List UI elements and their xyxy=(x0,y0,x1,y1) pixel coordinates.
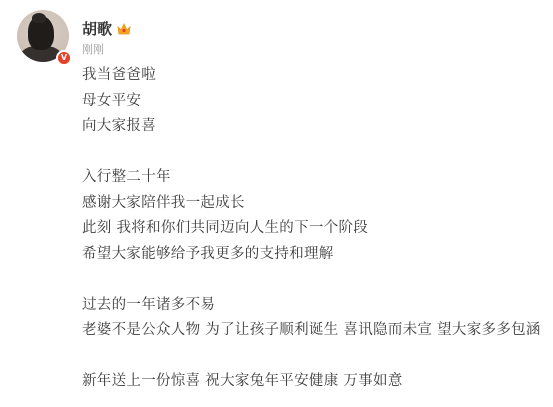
post-line: 希望大家能够给予我更多的支持和理解 xyxy=(82,245,552,271)
author-name[interactable]: 胡歌 xyxy=(82,20,112,38)
verified-badge-icon: V xyxy=(56,50,72,66)
post-timestamp[interactable]: 刚刚 xyxy=(82,43,104,57)
post-line: 老婆不是公众人物 为了让孩子顺利诞生 喜讯隐而未宣 望大家多多包涵 xyxy=(82,321,552,347)
post-line: 向大家报喜 xyxy=(82,117,552,143)
post-line: 过去的一年诸多不易 xyxy=(82,296,552,322)
post-line: 新年送上一份惊喜 祝大家兔年平安健康 万事如意 xyxy=(82,372,552,398)
avatar-container[interactable]: V xyxy=(17,10,69,62)
post-blank-line xyxy=(82,347,552,373)
post-line: 此刻 我将和你们共同迈向人生的下一个阶段 xyxy=(82,219,552,245)
post-blank-line xyxy=(82,270,552,296)
avatar-figure-hair xyxy=(32,13,46,23)
author-header: 胡歌 xyxy=(82,20,131,38)
post-blank-line xyxy=(82,143,552,169)
post-line: 母女平安 xyxy=(82,92,552,118)
crown-icon[interactable] xyxy=(117,23,131,35)
post-line: 我当爸爸啦 xyxy=(82,66,552,92)
post-line: 感谢大家陪伴我一起成长 xyxy=(82,194,552,220)
verified-badge-label: V xyxy=(58,52,70,64)
weibo-post: V 胡歌 刚刚 我当爸爸啦 母女平安 向大家报喜 入行整二十年 感谢大家陪伴我一… xyxy=(0,0,553,407)
post-content: 我当爸爸啦 母女平安 向大家报喜 入行整二十年 感谢大家陪伴我一起成长 此刻 我… xyxy=(82,66,552,398)
post-line: 入行整二十年 xyxy=(82,168,552,194)
